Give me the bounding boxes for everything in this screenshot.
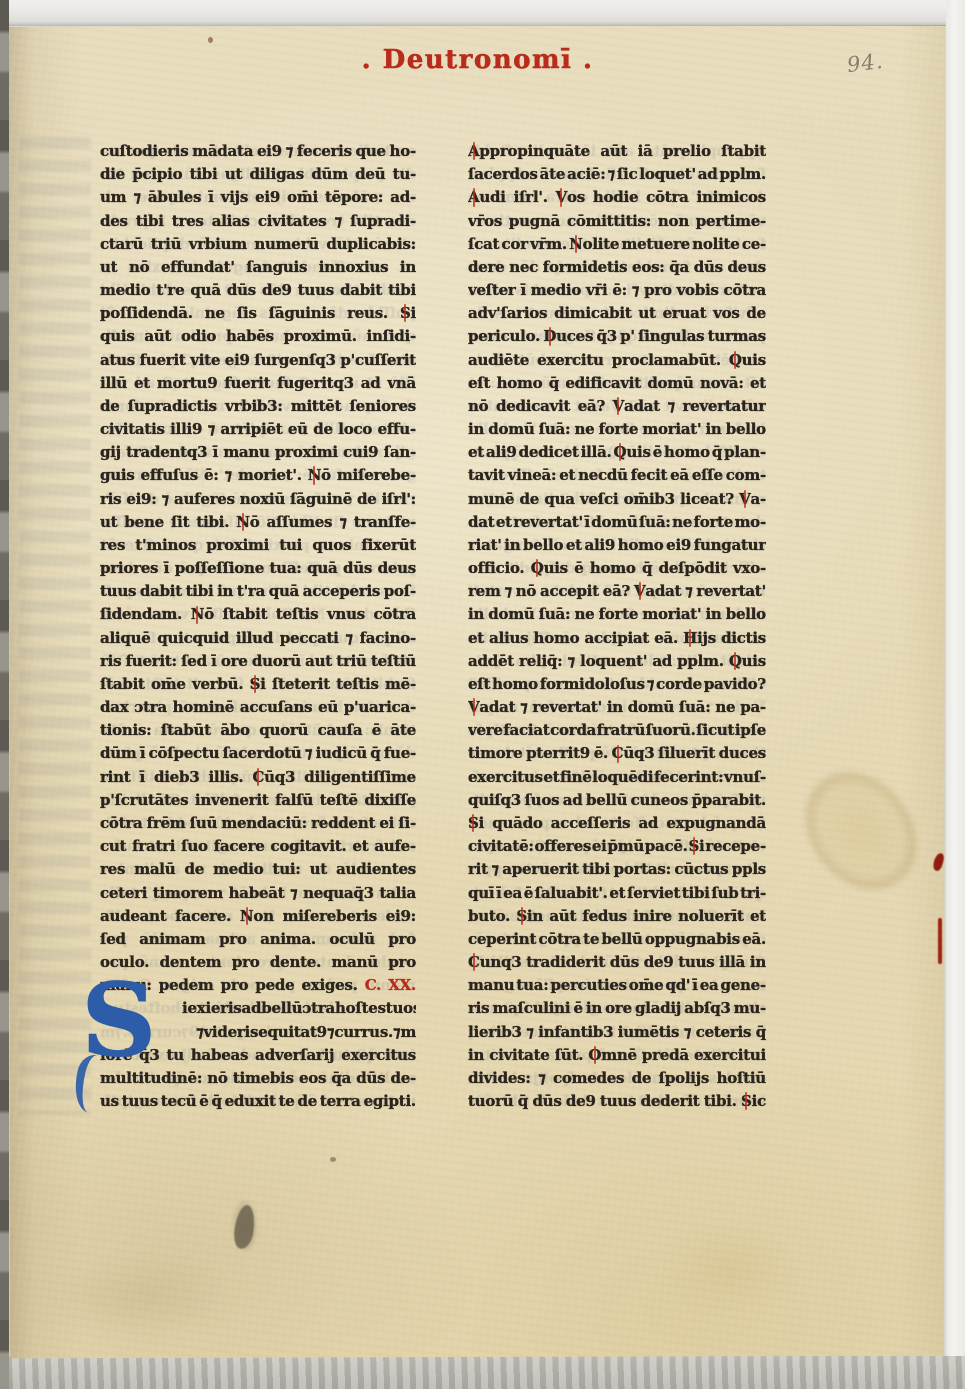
word: aūt: [549, 905, 576, 928]
word: q̄: [370, 742, 380, 765]
word: in: [400, 256, 416, 279]
word: ore: [605, 997, 632, 1020]
text-line: ſidendam.Nōſtabitteſtisvnuscōtra: [100, 603, 416, 626]
word: ſed: [100, 928, 126, 951]
word: ut: [225, 163, 242, 186]
text-line: ctarūtriūvrbiumnumerūduplicabis:: [100, 233, 416, 256]
word: tibi: [388, 279, 416, 302]
word: inſidi-: [367, 325, 416, 348]
word: exercitu: [537, 349, 604, 372]
rubricated-capital: Q: [531, 557, 544, 580]
word: Quis: [531, 557, 568, 580]
word: ſtabit: [223, 603, 268, 626]
word: ho-: [390, 140, 416, 163]
word: duorū: [252, 650, 301, 673]
word: vr̄m.: [530, 233, 567, 256]
word: formidetis: [543, 256, 628, 279]
rubricated-capital: V: [556, 186, 567, 209]
word: ma-: [400, 1021, 416, 1044]
word: recepe-: [705, 835, 766, 858]
word: om̄e: [629, 974, 664, 997]
word: vxo-: [733, 557, 766, 580]
word: domū: [628, 696, 674, 719]
word: tu-: [393, 163, 416, 186]
word: deus: [728, 256, 766, 279]
text-line: incivitateſūt.Omnēpredāexercitui: [468, 1044, 766, 1067]
word: ſerviet: [627, 882, 680, 905]
word: addēt: [468, 650, 514, 673]
word: dere: [468, 256, 504, 279]
word: ſtabūt: [161, 719, 211, 742]
word: aut: [305, 650, 332, 673]
text-line: eſthomoformidoloſus⁊cordepavido?: [468, 673, 766, 696]
word: ad: [241, 997, 261, 1020]
text-line: rismaſculiniēinoregladijabſq3mu-: [468, 997, 766, 1020]
word: cuſtodieris: [100, 140, 188, 163]
word: reus.: [347, 302, 388, 325]
word: ſit: [171, 511, 189, 534]
word: ſupradi-: [350, 210, 416, 233]
word: ea: [700, 974, 719, 997]
word: loco: [338, 418, 372, 441]
word: tuus: [122, 1090, 158, 1113]
word: buto.: [468, 905, 510, 928]
rubricated-capital: N: [236, 511, 249, 534]
word: āte: [391, 719, 416, 742]
text-line: ſcatcorvr̄m.Nolitemetuerenolitece-: [468, 233, 766, 256]
text-line: manutua:percutiesom̄eqd'īeagene-: [468, 974, 766, 997]
word: ⁊: [685, 580, 692, 603]
word: de: [100, 395, 120, 418]
text-line: atusfueritviteei9ſurgenſq3p'cuſſerit: [100, 349, 416, 372]
word: pede: [255, 974, 294, 997]
word: ⁊: [504, 580, 511, 603]
word: ſpolijs: [659, 1067, 709, 1090]
word: cōtra: [374, 603, 416, 626]
word: vos: [713, 302, 739, 325]
word: numerū: [254, 233, 319, 256]
word: officio.: [468, 557, 524, 580]
word: cauſa: [318, 719, 363, 742]
text-line: timorepterrit9ē.Cūq3ſiluerītduces: [468, 742, 766, 765]
word: ei9:: [386, 905, 416, 928]
word: plan-: [724, 441, 766, 464]
word: ī: [584, 511, 589, 534]
word: ābules: [148, 186, 201, 209]
word: Hijs: [683, 627, 716, 650]
word: cut: [100, 835, 126, 858]
word: Cūq3: [252, 766, 295, 789]
text-line: veſterīmediovr̄iē:⁊provobiscōtra: [468, 279, 766, 302]
word: frēm: [147, 812, 186, 835]
word: tecū: [161, 1090, 197, 1113]
word: forte: [694, 511, 734, 534]
word: ī: [139, 766, 144, 789]
word: pro: [388, 951, 416, 974]
word: verbū.: [192, 673, 243, 696]
rubricated-capital: A: [468, 186, 479, 209]
illuminated-initial: S: [83, 967, 171, 1093]
word: exercitus: [341, 1044, 416, 1067]
word: habēs: [226, 325, 274, 348]
word: corde: [656, 673, 702, 696]
text-line: ustuustecūēq̄eduxittedeterraegipti.: [100, 1090, 416, 1113]
word: pro: [232, 951, 260, 974]
text-line: daxɔtrahominēaccuſanseūp'uarica-: [100, 696, 416, 719]
word: et: [750, 372, 766, 395]
word: pugnā: [509, 210, 560, 233]
word: ris: [100, 650, 121, 673]
word: Cūq3: [612, 742, 655, 765]
word: diligentiſſime: [304, 766, 416, 789]
text-line: Vadat⁊revertat'indomūſuā:nepa-: [468, 696, 766, 719]
word: ſed: [181, 650, 207, 673]
word: p'cuſſerit: [340, 349, 416, 372]
word: bellū: [601, 928, 642, 951]
word: bellū: [261, 997, 302, 1020]
text-line: Appropinquāteaūtiāprelioſtabit: [468, 140, 766, 163]
text-line: Audiiſrl'.Voshodiecōtrainimicos: [468, 186, 766, 209]
word: vineā:: [508, 464, 557, 487]
word: ipſe: [735, 719, 766, 742]
folio-number: 94.: [846, 49, 885, 77]
word: q̄: [712, 441, 722, 464]
word: atus: [100, 349, 135, 372]
fore-edge-red-mark: [932, 852, 945, 872]
word: ⁊: [208, 418, 215, 441]
word: et: [609, 882, 625, 905]
word: ī: [140, 742, 145, 765]
text-line: mediot'requādūsde9tuusdabittibi: [100, 279, 416, 302]
word: de: [297, 1090, 317, 1113]
word: vrbib3:: [225, 395, 283, 418]
word: de: [357, 488, 377, 511]
word: in: [607, 696, 623, 719]
word: innoxius: [319, 256, 389, 279]
word: ſāguinis: [269, 302, 335, 325]
text-line: rintīdieb3illis.Cūq3diligentiſſime: [100, 766, 416, 789]
word: ⁊: [526, 1021, 533, 1044]
word: homo: [618, 534, 664, 557]
word: audientes: [336, 858, 416, 881]
text-line: eſthomoq̄edificavitdomūnovā:et: [468, 372, 766, 395]
word: mādata: [192, 140, 253, 163]
word: Sic: [741, 1090, 766, 1113]
word: homo: [590, 557, 636, 580]
word: ei: [592, 835, 607, 858]
word: ſuā:: [539, 603, 571, 626]
word: tibi: [190, 163, 218, 186]
word: miſerebe-: [337, 464, 416, 487]
word: rem: [468, 580, 501, 603]
rubricated-capital: Q: [614, 441, 627, 464]
word: loquēdi: [592, 766, 653, 789]
word: ſuā:: [679, 696, 711, 719]
word: iſrl':: [382, 488, 416, 511]
word: domū: [647, 372, 693, 395]
word: ei9: [666, 534, 691, 557]
word: ⁊: [684, 1021, 691, 1044]
word: teſtis: [336, 673, 379, 696]
word: ſtabit: [721, 140, 766, 163]
text-line: audeantfacere.Nonmiſereberisei9:: [100, 905, 416, 928]
word: tuos.: [386, 997, 416, 1020]
word: homo: [534, 627, 580, 650]
word: cōſpectu: [149, 742, 220, 765]
word: ī: [213, 441, 218, 464]
word: tavit: [468, 464, 505, 487]
word: aciē:: [567, 163, 605, 186]
word: qua: [544, 488, 574, 511]
word: ī: [520, 279, 525, 302]
word: novā:: [700, 372, 744, 395]
word: ſtabit: [100, 673, 145, 696]
rubricated-capital: H: [683, 627, 697, 650]
word: hominē: [173, 696, 234, 719]
word: comedes: [553, 1067, 624, 1090]
stain: [228, 1190, 262, 1262]
word: ceteri: [100, 882, 147, 905]
word: pro: [221, 974, 249, 997]
word: eā: [670, 464, 689, 487]
word: qd': [665, 974, 690, 997]
word: tibi: [582, 858, 610, 881]
word: ad: [698, 163, 718, 186]
word: forte: [599, 603, 639, 626]
word: bello: [523, 534, 563, 557]
manuscript-page: . Deutronomī . 94. cuſtodierismādataei9⁊…: [9, 25, 946, 1359]
word: mittēt: [291, 395, 341, 418]
word: eā.: [742, 928, 766, 951]
text-line: addētreliq̄:⁊loquent'adpplm.Quis: [468, 650, 766, 673]
word: ſanguis: [246, 256, 307, 279]
word: ſaluabit'.: [535, 882, 608, 905]
word: pro: [219, 928, 247, 951]
word: Omnē: [588, 1044, 636, 1067]
word: fuerit: [224, 372, 270, 395]
text-line: poſſidendā.neſisſāguinisreus.Si: [100, 302, 416, 325]
word: medio: [100, 279, 150, 302]
ink-speck: [208, 37, 213, 43]
word: in: [504, 534, 520, 557]
word: eā?: [603, 580, 630, 603]
word: ſan-: [384, 441, 416, 464]
word: ⁊: [491, 858, 498, 881]
word: reliq̄:: [519, 650, 562, 673]
word: ē: [199, 1090, 208, 1113]
word: expugnandā: [666, 812, 766, 835]
word: ut: [100, 511, 117, 534]
word: tui: [279, 534, 302, 557]
word: acceperis: [303, 580, 380, 603]
word: videris: [203, 1021, 258, 1044]
word: ſiluerīt: [658, 742, 715, 765]
word: p'uarica-: [344, 696, 416, 719]
word: et: [352, 835, 368, 858]
word: arripiēt: [221, 418, 283, 441]
word: q̄: [211, 1090, 221, 1113]
word: triū: [336, 650, 366, 673]
word: ⁊: [162, 488, 169, 511]
word: bellū: [586, 789, 627, 812]
stain: [749, 716, 965, 947]
word: ē: [372, 719, 381, 742]
word: ⁊: [568, 650, 575, 673]
word: ad: [652, 650, 672, 673]
word: divides:: [468, 1067, 531, 1090]
text-line: tuusdabittibiint'raquāacceperispoſ-: [100, 580, 416, 603]
rubricated-capital: N: [308, 464, 321, 487]
word: in: [468, 418, 484, 441]
word: dedicet: [519, 441, 579, 464]
word: pavido?: [704, 673, 766, 696]
word: dabit: [340, 279, 382, 302]
word: finē: [560, 766, 592, 789]
word: tres: [172, 210, 204, 233]
word: quā: [307, 557, 337, 580]
word: ī: [208, 186, 213, 209]
word: ei9: [255, 186, 280, 209]
word: et: [750, 905, 766, 928]
word: de9: [566, 1090, 596, 1113]
word: fecerint:: [654, 766, 723, 789]
word: illā.: [581, 441, 612, 464]
word: ī: [211, 650, 216, 673]
rubricated-capital: N: [240, 905, 253, 928]
word: ⁊: [133, 186, 140, 209]
word: q̄: [518, 1090, 528, 1113]
text-line: quīīeaēſaluabit'.etſerviettibiſubtri-: [468, 882, 766, 905]
text-line: civitatē:offereseip̄mūpacē.Sirecepe-: [468, 835, 766, 858]
word: duplicabis:: [326, 233, 416, 256]
word: Nō: [236, 511, 259, 534]
word: ceperint: [468, 928, 536, 951]
text-line: resmalūdemediotui:utaudientes: [100, 858, 416, 881]
word: et: [468, 441, 484, 464]
word: poſſidendā.: [100, 302, 193, 325]
rubricated-capital: N: [569, 233, 582, 256]
word: ſūt.: [555, 1044, 584, 1067]
word: tri-: [740, 882, 766, 905]
word: cōtra: [538, 928, 580, 951]
word: cōtra: [100, 812, 142, 835]
text-line: exercitusetfinēloquēdifecerint:vnuſ-: [468, 766, 766, 789]
word: ſuorū.: [646, 719, 696, 742]
text-line: utbeneſittibi.Nōaſſumes⁊tranſfe-: [100, 511, 416, 534]
word: reddent: [311, 812, 375, 835]
text-line: indomūſuā:nefortemoriat'inbello: [468, 603, 766, 626]
word: q̄a: [331, 1067, 351, 1090]
text-line: etali9dedicetillā.Quisēhomoq̄plan-: [468, 441, 766, 464]
text-line: ſacerdosāteaciē:⁊ſicloquet'adpplm.: [468, 163, 766, 186]
word: aūt: [144, 325, 171, 348]
word: talia: [379, 882, 416, 905]
word: quos: [312, 534, 351, 557]
word: aūt: [600, 140, 627, 163]
word: et: [468, 627, 484, 650]
word: peccati: [280, 627, 339, 650]
text-line: civitatisilli9⁊arripiēteūdelocoeffu-: [100, 418, 416, 441]
word: revertat': [532, 696, 602, 719]
word: tradiderit: [526, 951, 605, 974]
word: timebis: [233, 1067, 294, 1090]
word: vr̄os: [468, 210, 502, 233]
text-line: quisaūtodiohabēsproximū.inſidi-: [100, 325, 416, 348]
word: medio: [213, 858, 263, 881]
word: iſrl'.: [514, 186, 548, 209]
word: Duces: [543, 325, 593, 348]
word: lierib3: [468, 1021, 522, 1044]
word: tēpore:: [325, 186, 383, 209]
word: deſpōdit: [659, 557, 727, 580]
word: ſuo: [181, 835, 208, 858]
word: Vadat: [468, 696, 515, 719]
word: ali9: [585, 534, 616, 557]
word: facino-: [360, 627, 416, 650]
word: Si: [688, 835, 704, 858]
text-line: tuorūq̄dūsde9tuusdederittibi.Sic: [468, 1090, 766, 1113]
word: de: [313, 418, 333, 441]
word: anima.: [260, 928, 316, 951]
word: aperuerit: [502, 858, 578, 881]
word: vere: [468, 719, 503, 742]
word: ⁊: [305, 742, 312, 765]
word: p̄mū: [607, 835, 644, 858]
word: dabit: [140, 580, 182, 603]
word: illā: [719, 951, 745, 974]
word: aſſumes: [267, 511, 333, 534]
word: animam: [139, 928, 205, 951]
word: facere: [214, 835, 265, 858]
word: riat': [468, 534, 502, 557]
word: accepit: [540, 580, 599, 603]
word: civitatis: [100, 418, 165, 441]
word: de: [520, 488, 540, 511]
word: ad: [638, 812, 658, 835]
word: ⁊: [520, 696, 527, 719]
word: in: [705, 418, 721, 441]
word: om̄e: [151, 673, 186, 696]
word: tionis:: [100, 719, 151, 742]
word: guis: [100, 464, 135, 487]
word: Si: [400, 302, 416, 325]
word: poſſeſſione: [175, 557, 264, 580]
word: fratrū: [597, 719, 645, 742]
scanned-manuscript: { "page": { "running_title": ". Deutrono…: [0, 0, 965, 1389]
word: gladij: [635, 997, 681, 1020]
adjacent-page-edge: [946, 0, 965, 1389]
text-line: rit⁊aperuerittibiportas:cūctusppls: [468, 858, 766, 881]
word: Quis: [729, 650, 766, 673]
word: et: [559, 464, 575, 487]
word: teſtis: [276, 603, 319, 626]
word: eos: [299, 1067, 326, 1090]
word: eā?: [578, 395, 605, 418]
scanner-backing-bottom: [0, 1356, 965, 1389]
word: noluerīt: [678, 905, 744, 928]
text-line: rem⁊nōaccepiteā?Vadat⁊revertat': [468, 580, 766, 603]
word: ⁊: [345, 627, 352, 650]
word: ɔtra: [302, 997, 335, 1020]
word: exiges.: [302, 974, 358, 997]
word: alius: [489, 627, 528, 650]
word: ris: [468, 997, 489, 1020]
word: ei9: [257, 140, 282, 163]
word: ad-: [390, 186, 416, 209]
text-line: officio.Quisēhomoq̄deſpōditvxo-: [468, 557, 766, 580]
word: inire: [633, 905, 672, 928]
word: nō: [516, 580, 536, 603]
